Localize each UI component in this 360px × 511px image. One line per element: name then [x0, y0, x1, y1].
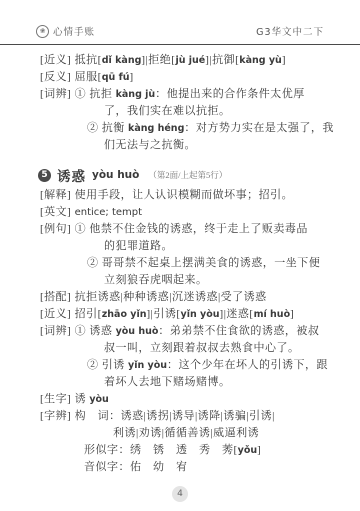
cjk-text: ：对方势力实在是太强了，我 [184, 122, 334, 134]
text-line: [词辨] ① 诱惑 yòu huò：弟弟禁不住食欲的诱惑，被叔 [0, 323, 360, 340]
entry-headword: 诱惑 [57, 165, 86, 185]
cjk-text: 了，我们实在难以抗拒。 [104, 105, 231, 117]
cjk-text: [词辨] ① 诱惑 [40, 325, 116, 337]
pinyin-text: yǐn yòu [181, 309, 220, 320]
text-line: [英文] entice; tempt [0, 204, 360, 221]
cjk-text: [近义] 招引[ [40, 308, 102, 320]
pinyin-text: qū fú [102, 72, 130, 83]
cjk-text: ：这个少年在坏人的引诱下，跟 [167, 359, 328, 371]
text-line: 利诱|劝诱|循循善诱|威逼利诱 [0, 425, 360, 442]
cjk-text: ：弟弟禁不住食欲的诱惑，被叔 [158, 325, 319, 337]
text-line: 们无法与之抗衡。 [0, 137, 360, 154]
cjk-text: 着坏人去地下赌场赌博。 [104, 376, 231, 388]
pinyin-text: yǐn yòu [128, 360, 167, 371]
cjk-text: 的犯罪道路。 [104, 240, 173, 252]
text-line: 立刻狼吞虎咽起来。 [0, 272, 360, 289]
entry-number-badge: 5 [38, 169, 51, 182]
pinyin-text: zhāo yǐn [102, 309, 147, 320]
text-line: ② 哥哥禁不起桌上摆满美食的诱惑，一坐下便 [0, 255, 360, 272]
text-line: 的犯罪道路。 [0, 238, 360, 255]
cjk-text: [反义] 屈服[ [40, 71, 102, 83]
cjk-text: [搭配] 抗拒诱惑|种种诱惑|沉迷诱惑|受了诱惑 [40, 291, 267, 303]
pinyin-text: kàng yù [239, 55, 282, 66]
english-text: entice; tempt [75, 207, 142, 218]
cjk-text: 叔一叫，立刻跟着叔叔去熟食中心了。 [104, 342, 300, 354]
cjk-text: ] [130, 71, 134, 83]
edition-title: G3华文中二下 [256, 24, 324, 38]
entry-heading: 5诱惑yòu huò（第2面/上起第5行） [0, 165, 360, 185]
text-line: 形似字：绣 锈 透 秀 莠[yǒu] [0, 442, 360, 459]
pinyin-text: yǒu [238, 445, 257, 456]
cjk-text: ] [282, 54, 286, 66]
cjk-text: ② 哥哥禁不起桌上摆满美食的诱惑，一坐下便 [87, 257, 320, 269]
cjk-text: 利诱|劝诱|循循善诱|威逼利诱 [113, 427, 259, 439]
cjk-text: ] [290, 308, 294, 320]
header-divider [0, 44, 360, 45]
cjk-text: ② 抗衡 [87, 122, 128, 134]
entry-headword-pinyin: yòu huò [92, 169, 139, 181]
cjk-text: ]|引诱[ [147, 308, 181, 320]
page-footer: 4 [0, 486, 360, 502]
book-logo: ❀ 心情手账 [36, 24, 95, 38]
pinyin-text: yòu huò [116, 326, 159, 337]
cjk-text: [近义] 抵抗[ [40, 54, 102, 66]
text-line: 了，我们实在难以抗拒。 [0, 103, 360, 120]
cjk-text: 们无法与之抗衡。 [104, 139, 196, 151]
pinyin-text: kàng jù [116, 89, 156, 100]
text-line: ② 抗衡 kàng héng：对方势力实在是太强了，我 [0, 120, 360, 137]
cjk-text: [词辨] ① 抗拒 [40, 88, 116, 100]
spacer [0, 154, 360, 160]
flower-icon: ❀ [36, 25, 49, 38]
cjk-text: ] [257, 444, 261, 456]
cjk-text: ]|迷惑[ [220, 308, 254, 320]
cjk-text: ② 引诱 [87, 359, 128, 371]
page-header: ❀ 心情手账 G3华文中二下 [36, 24, 324, 38]
text-line: [解释] 使用手段，让人认识模糊而做坏事；招引。 [0, 187, 360, 204]
text-line: [近义] 招引[zhāo yǐn]|引诱[yǐn yòu]|迷惑[mí huò] [0, 306, 360, 323]
text-line: 音似字：佑 幼 宥 [0, 459, 360, 476]
text-line: [词辨] ① 抗拒 kàng jù：他提出来的合作条件太优厚 [0, 86, 360, 103]
cjk-text: [英文] [40, 206, 75, 218]
page-content: [近义] 抵抗[dǐ kàng]|拒绝[jù jué]|抗御[kàng yù][… [0, 52, 360, 476]
cjk-text: [解释] 使用手段，让人认识模糊而做坏事；招引。 [40, 189, 293, 201]
cjk-text: ]|抗御[ [205, 54, 239, 66]
pinyin-text: yòu [89, 394, 108, 405]
pinyin-text: jù jué [175, 55, 205, 66]
text-line: [搭配] 抗拒诱惑|种种诱惑|沉迷诱惑|受了诱惑 [0, 289, 360, 306]
cjk-text: [例句] ① 他禁不住金钱的诱惑，终于走上了贩卖毒品 [40, 223, 308, 235]
cjk-text: ]|拒绝[ [141, 54, 175, 66]
cjk-text: 音似字：佑 幼 宥 [84, 461, 188, 473]
book-page: ❀ 心情手账 G3华文中二下 [近义] 抵抗[dǐ kàng]|拒绝[jù ju… [0, 0, 360, 511]
text-line: [近义] 抵抗[dǐ kàng]|拒绝[jù jué]|抗御[kàng yù] [0, 52, 360, 69]
text-line: [字辨] 构 词：诱惑|诱拐|诱导|诱降|诱骗|引诱| [0, 408, 360, 425]
text-line: 着坏人去地下赌场赌博。 [0, 374, 360, 391]
pinyin-text: dǐ kàng [102, 55, 142, 66]
cjk-text: 立刻狼吞虎咽起来。 [104, 274, 208, 286]
pinyin-text: mí huò [254, 309, 291, 320]
pinyin-text: kàng héng [128, 123, 184, 134]
cjk-text: ：他提出来的合作条件太优厚 [155, 88, 305, 100]
cjk-text: [字辨] 构 词：诱惑|诱拐|诱导|诱降|诱骗|引诱| [40, 410, 275, 422]
text-line: [例句] ① 他禁不住金钱的诱惑，终于走上了贩卖毒品 [0, 221, 360, 238]
text-line: [生字] 诱 yòu [0, 391, 360, 408]
text-line: ② 引诱 yǐn yòu：这个少年在坏人的引诱下，跟 [0, 357, 360, 374]
page-number-badge: 4 [172, 486, 188, 502]
text-line: 叔一叫，立刻跟着叔叔去熟食中心了。 [0, 340, 360, 357]
cjk-text: [生字] 诱 [40, 393, 89, 405]
cjk-text: 形似字：绣 锈 透 秀 莠[ [84, 444, 238, 456]
text-line: [反义] 屈服[qū fú] [0, 69, 360, 86]
book-title: 心情手账 [53, 24, 95, 38]
entry-location-ref: （第2面/上起第5行） [148, 169, 227, 181]
